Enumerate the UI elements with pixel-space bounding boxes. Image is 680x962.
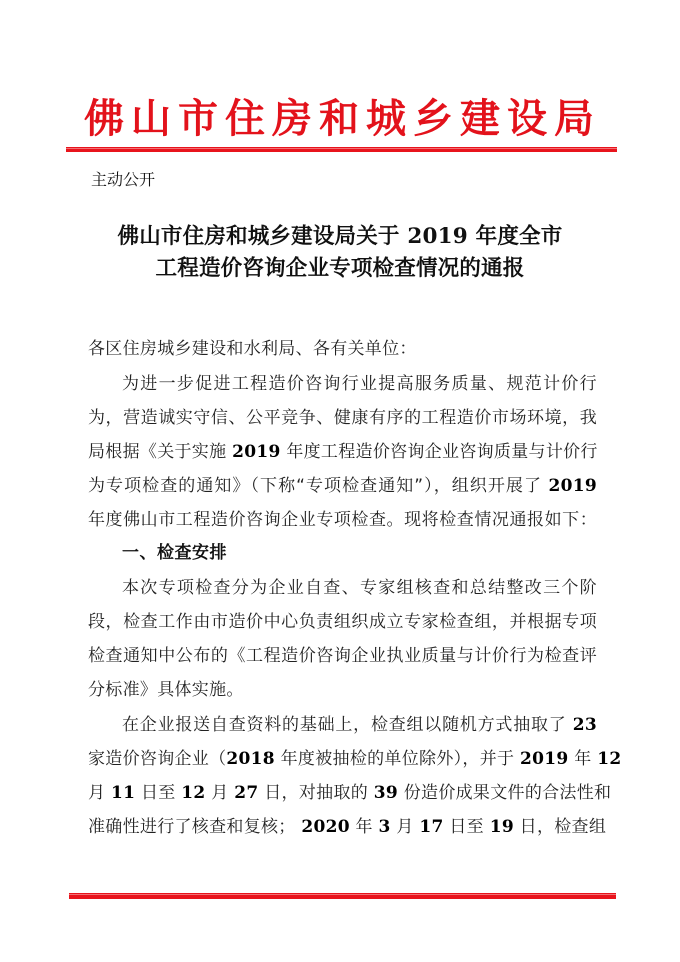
text-run: 检查通知中公布的《工程造价咨询企业执业质量与计价行为检查评 xyxy=(88,646,597,666)
emphasized-number: 23 xyxy=(573,715,597,735)
text-run: 年 xyxy=(569,749,598,769)
disclosure-label: 主动公开 xyxy=(91,168,155,192)
masthead-char: 住 xyxy=(225,94,265,144)
text-run: 年度被抽检的单位除外），并于 xyxy=(275,749,520,769)
masthead-char: 和 xyxy=(319,94,359,144)
paragraph-line: 局根据《关于实施 2019 年度工程造价咨询企业咨询质量与计价行 xyxy=(88,435,597,469)
paragraph-line: 在企业报送自查资料的基础上，检查组以随机方式抽取了 23 xyxy=(122,708,597,742)
emphasized-number: 12 xyxy=(597,749,621,769)
document-page: 佛 山 市 住 房 和 城 乡 建 设 局 主动公开 佛山市住房和城乡建设局关于… xyxy=(0,0,680,962)
masthead-char: 市 xyxy=(178,94,218,144)
masthead-char: 乡 xyxy=(413,94,453,144)
text-run: 日，检查组 xyxy=(514,817,606,837)
paragraph-line: 检查通知中公布的《工程造价咨询企业执业质量与计价行为检查评 xyxy=(88,639,597,673)
text-run: 家造价咨询企业（ xyxy=(88,749,226,769)
masthead-char: 山 xyxy=(131,94,171,144)
paragraph-line: 为，营造诚实守信、公平竞争、健康有序的工程造价市场环境，我 xyxy=(88,401,597,435)
text-run: 分标准》具体实施。 xyxy=(88,680,244,700)
emphasized-number: 3 xyxy=(379,817,391,837)
masthead-char: 城 xyxy=(366,94,406,144)
emphasized-number: 39 xyxy=(374,783,398,803)
document-title-line-2: 工程造价咨询企业专项检查情况的通报 xyxy=(60,253,620,285)
paragraph-line: 为进一步促进工程造价咨询行业提高服务质量、规范计价行 xyxy=(122,367,597,401)
text-run: 份造价成果文件的合法性和 xyxy=(398,783,611,803)
paragraph-line: 为专项检查的通知》（下称“专项检查通知”），组织开展了 2019 xyxy=(88,469,597,503)
text-run: 局根据《关于实施 xyxy=(88,442,232,462)
paragraph-line: 本次专项检查分为企业自查、专家组核查和总结整改三个阶 xyxy=(122,571,597,605)
masthead-char: 设 xyxy=(507,94,547,144)
text-run: 月 xyxy=(391,817,420,837)
footer-red-rule xyxy=(69,893,616,899)
emphasized-number: 19 xyxy=(490,817,514,837)
header-red-rule xyxy=(66,147,617,152)
emphasized-number: 2019 xyxy=(232,442,281,462)
text-run: 为，营造诚实守信、公平竞争、健康有序的工程造价市场环境，我 xyxy=(88,408,597,428)
emphasized-number: 2018 xyxy=(226,749,275,769)
text-run: 日至 xyxy=(444,817,490,837)
emphasized-number: 17 xyxy=(419,817,443,837)
masthead-char: 建 xyxy=(460,94,500,144)
paragraph-line: 年度佛山市工程造价咨询企业专项检查。现将检查情况通报如下： xyxy=(88,503,597,537)
emphasized-number: 2020 xyxy=(301,817,350,837)
paragraph-line: 准确性进行了核查和复核； 2020 年 3 月 17 日至 19 日，检查组 xyxy=(88,810,597,844)
text-run: 准确性进行了核查和复核； xyxy=(88,817,301,837)
text-run: 月 xyxy=(206,783,235,803)
section-heading-1: 一、检查安排 xyxy=(122,536,227,570)
text-run: 日，对抽取的 xyxy=(259,783,374,803)
emphasized-number: 11 xyxy=(111,783,135,803)
text-run: 年度工程造价咨询企业咨询质量与计价行 xyxy=(281,442,598,462)
text-run: 月 xyxy=(88,783,111,803)
document-title-line-1: 佛山市住房和城乡建设局关于 2019 年度全市 xyxy=(60,221,620,253)
text-run: 为进一步促进工程造价咨询行业提高服务质量、规范计价行 xyxy=(122,374,597,394)
masthead-org-name: 佛 山 市 住 房 和 城 乡 建 设 局 xyxy=(84,94,594,144)
text-run: 本次专项检查分为企业自查、专家组核查和总结整改三个阶 xyxy=(122,578,597,598)
paragraph-line: 月 11 日至 12 月 27 日，对抽取的 39 份造价成果文件的合法性和 xyxy=(88,776,597,810)
text-run: 年 xyxy=(350,817,379,837)
salutation: 各区住房城乡建设和水利局、各有关单位： xyxy=(88,332,597,366)
text-run: 为专项检查的通知》（下称“专项检查通知”），组织开展了 xyxy=(88,476,548,496)
emphasized-number: 2019 xyxy=(548,476,597,496)
text-run: 段，检查工作由市造价中心负责组织成立专家检查组，并根据专项 xyxy=(88,612,597,632)
emphasized-number: 2019 xyxy=(520,749,569,769)
text-run: 年度佛山市工程造价咨询企业专项检查。现将检查情况通报如下： xyxy=(88,510,597,530)
paragraph-line: 家造价咨询企业（2018 年度被抽检的单位除外），并于 2019 年 12 xyxy=(88,742,597,776)
emphasized-number: 27 xyxy=(234,783,258,803)
masthead-char: 房 xyxy=(272,94,312,144)
emphasized-number: 12 xyxy=(181,783,205,803)
paragraph-line: 段，检查工作由市造价中心负责组织成立专家检查组，并根据专项 xyxy=(88,605,597,639)
paragraph-line: 分标准》具体实施。 xyxy=(88,673,597,707)
masthead-char: 佛 xyxy=(84,94,124,144)
masthead-char: 局 xyxy=(554,94,594,144)
text-run: 日至 xyxy=(135,783,181,803)
text-run: 在企业报送自查资料的基础上，检查组以随机方式抽取了 xyxy=(122,715,573,735)
